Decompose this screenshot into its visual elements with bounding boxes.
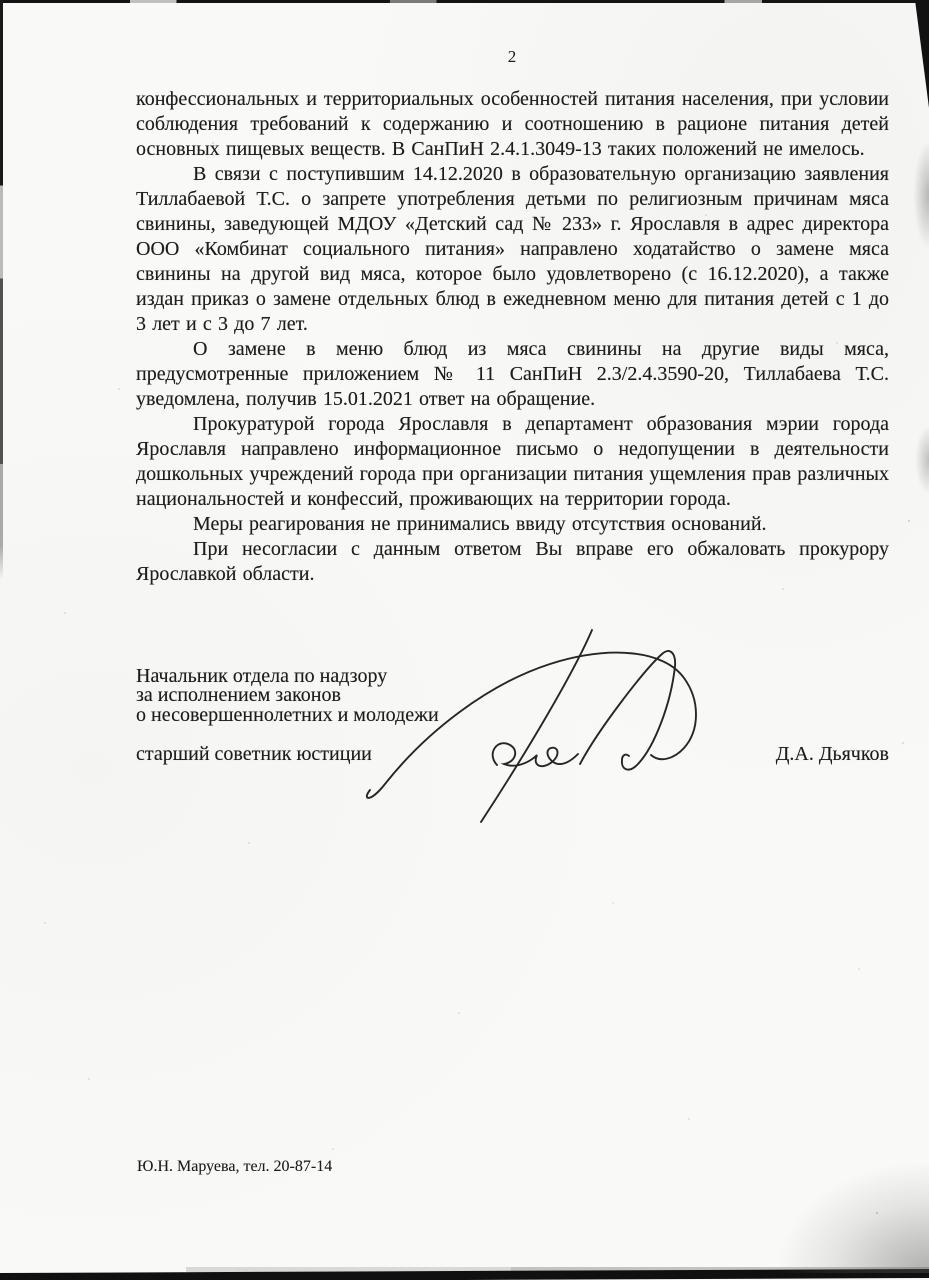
paragraph: Меры реагирования не принимались ввиду о… [136, 512, 889, 537]
scan-noise-specks [0, 0, 2, 2]
signer-rank: старший советник юстиции [136, 744, 372, 765]
paragraph: При несогласии с данным ответом Вы вправ… [136, 537, 889, 587]
signer-name: Д.А. Дьячков [776, 744, 889, 765]
scanned-document-page: 2 конфессиональных и территориальных осо… [0, 0, 929, 1280]
scan-edge-left [0, 0, 3, 580]
document-body: конфессиональных и территориальных особе… [136, 87, 889, 587]
scan-edge-top [0, 0, 929, 3]
signer-position-line: за исполнением законов [136, 686, 889, 705]
paragraph-continuation: конфессиональных и территориальных особе… [136, 87, 889, 162]
paragraph: О замене в меню блюд из мяса свинины на … [136, 337, 889, 412]
signer-position-line: о несовершеннолетних и молодежи [136, 706, 889, 725]
scan-noise-bottom-right [779, 1163, 929, 1273]
scan-noise-right-middle [915, 425, 929, 495]
paragraph: Прокуратурой города Ярославля в департам… [136, 412, 889, 512]
scan-corner-top-right [915, 0, 929, 108]
scan-noise-right-upper [913, 140, 929, 250]
paragraph: В связи с поступившим 14.12.2020 в образ… [136, 162, 889, 337]
executor-contact: Ю.Н. Маруева, тел. 20-87-14 [137, 1158, 332, 1176]
page-number: 2 [136, 47, 889, 67]
signature-block: Начальник отдела по надзору за исполнени… [136, 667, 889, 765]
